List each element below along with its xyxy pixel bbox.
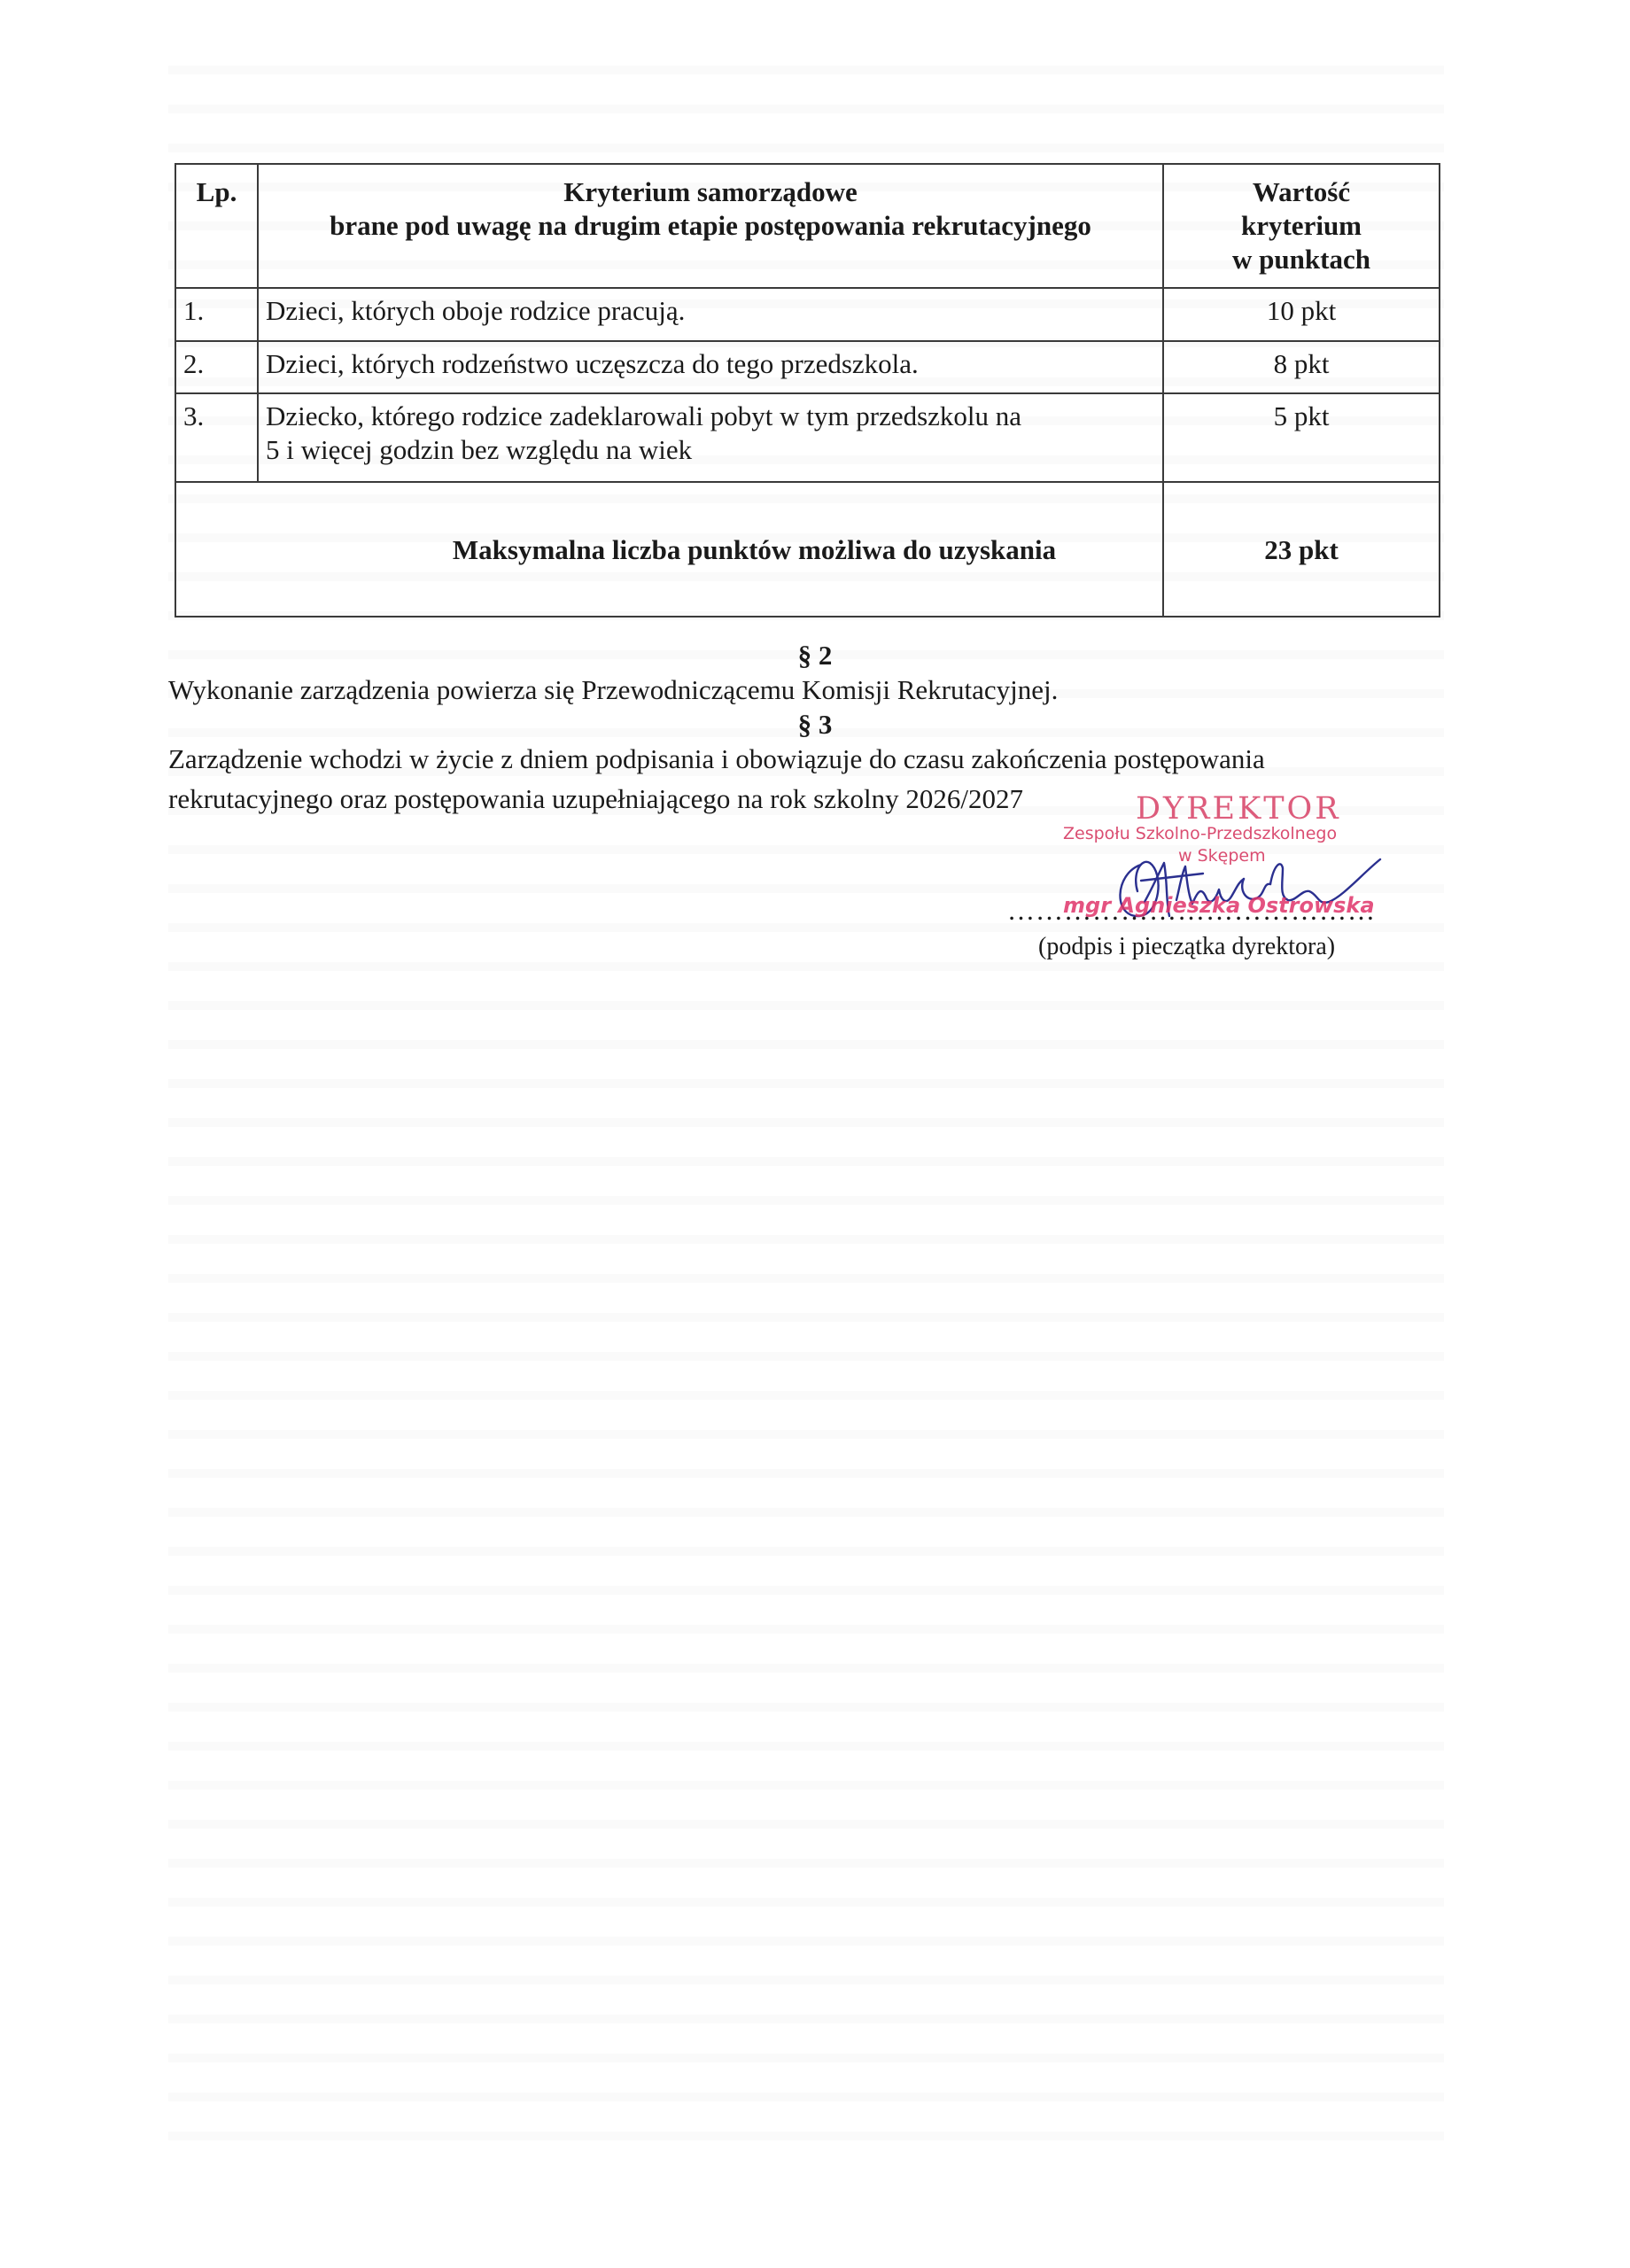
row-criterion-line: Dzieci, których oboje rodzice pracują.	[266, 294, 1155, 328]
row-value: 5 pkt	[1163, 393, 1440, 482]
header-criterion-line-1: Kryterium samorządowe	[266, 175, 1155, 209]
table-header-row: Lp. Kryterium samorządowe brane pod uwag…	[175, 164, 1440, 288]
header-criterion-line-2: brane pod uwagę na drugim etapie postępo…	[266, 209, 1155, 243]
header-value-line-2: kryterium	[1171, 209, 1432, 243]
table-row: 3. Dziecko, którego rodzice zadeklarowal…	[175, 393, 1440, 482]
section-sign-2: § 2	[0, 640, 1630, 672]
row-criterion-line: Dziecko, którego rodzice zadeklarowali p…	[266, 400, 1155, 433]
row-lp: 2.	[175, 341, 258, 393]
signature-caption: (podpis i pieczątka dyrektora)	[1038, 933, 1335, 961]
total-value: 23 pkt	[1163, 482, 1440, 617]
row-criterion: Dzieci, których rodzeństwo uczęszcza do …	[258, 341, 1163, 393]
header-value-line-3: w punktach	[1171, 243, 1432, 276]
row-criterion: Dziecko, którego rodzice zadeklarowali p…	[258, 393, 1163, 482]
table-row: 1. Dzieci, których oboje rodzice pracują…	[175, 288, 1440, 341]
row-value: 8 pkt	[1163, 341, 1440, 393]
row-criterion-line: Dzieci, których rodzeństwo uczęszcza do …	[266, 347, 1155, 381]
row-criterion: Dzieci, których oboje rodzice pracują.	[258, 288, 1163, 341]
section-sign-3: § 3	[0, 709, 1630, 741]
section-2-line-1: Wykonanie zarządzenia powierza się Przew…	[168, 670, 1058, 710]
criteria-table: Lp. Kryterium samorządowe brane pod uwag…	[175, 163, 1440, 617]
table-total-row: Maksymalna liczba punktów możliwa do uzy…	[175, 482, 1440, 617]
row-criterion-line: 5 i więcej godzin bez względu na wiek	[266, 433, 1155, 467]
header-lp: Lp.	[175, 164, 258, 288]
table-row: 2. Dzieci, których rodzeństwo uczęszcza …	[175, 341, 1440, 393]
section-3-text: Zarządzenie wchodzi w życie z dniem podp…	[168, 739, 1265, 819]
stamp-school-name: Zespołu Szkolno-Przedszkolnego	[1063, 824, 1337, 843]
header-value-line-1: Wartość	[1171, 175, 1432, 209]
section-3-line-2: rekrutacyjnego oraz postępowania uzupełn…	[168, 779, 1265, 819]
header-criterion: Kryterium samorządowe brane pod uwagę na…	[258, 164, 1163, 288]
total-label: Maksymalna liczba punktów możliwa do uzy…	[175, 482, 1163, 617]
header-value: Wartość kryterium w punktach	[1163, 164, 1440, 288]
row-lp: 1.	[175, 288, 258, 341]
stamp-title: DYREKTOR	[1136, 791, 1341, 827]
section-3-line-1: Zarządzenie wchodzi w życie z dniem podp…	[168, 739, 1265, 779]
section-2-text: Wykonanie zarządzenia powierza się Przew…	[168, 670, 1058, 710]
row-lp: 3.	[175, 393, 258, 482]
row-value: 10 pkt	[1163, 288, 1440, 341]
stamp-director-name: mgr Agnieszka Ostrowska	[1063, 893, 1375, 918]
